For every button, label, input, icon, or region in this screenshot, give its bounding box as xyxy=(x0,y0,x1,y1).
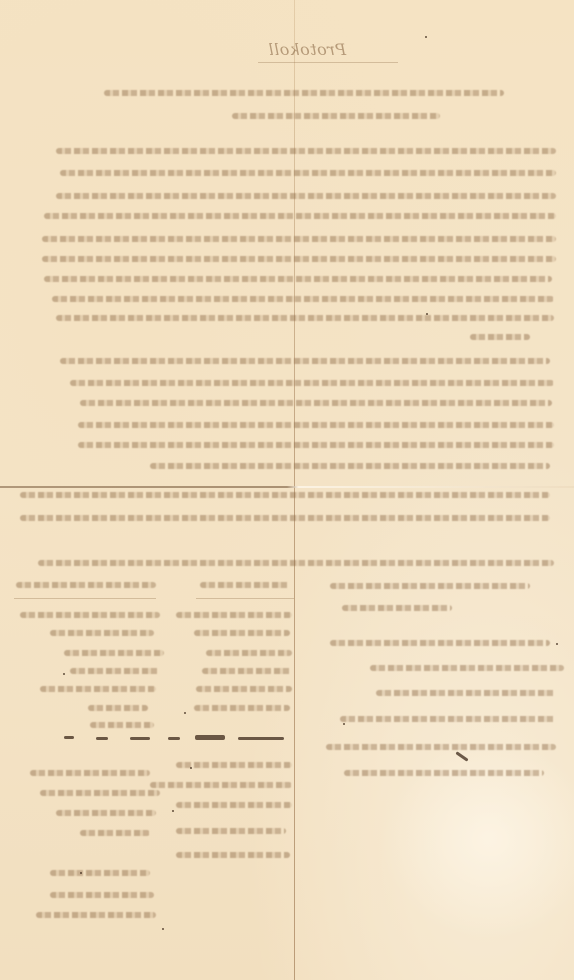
ink-speck xyxy=(556,643,558,645)
document-page: Protokoll xyxy=(0,0,574,980)
heading-line xyxy=(104,90,504,96)
ink-speck xyxy=(190,767,192,769)
ink-speck xyxy=(184,712,186,714)
middle-column-rule xyxy=(196,598,294,599)
ink-speck xyxy=(63,673,65,675)
ink-speck xyxy=(425,36,427,38)
closing-line xyxy=(330,583,530,589)
title-underline xyxy=(258,62,398,63)
ink-speck xyxy=(426,313,428,315)
horizontal-fold-crease xyxy=(0,486,574,488)
heading-line xyxy=(232,113,440,119)
ink-speck xyxy=(80,872,82,874)
ink-speck xyxy=(343,723,345,725)
closing-line xyxy=(38,560,554,566)
date-line xyxy=(342,605,452,611)
document-title: Protokoll xyxy=(268,40,346,59)
ink-speck xyxy=(172,810,174,812)
left-column-rule xyxy=(14,598,156,599)
vertical-fold-crease xyxy=(294,0,295,980)
ink-speck xyxy=(162,928,164,930)
